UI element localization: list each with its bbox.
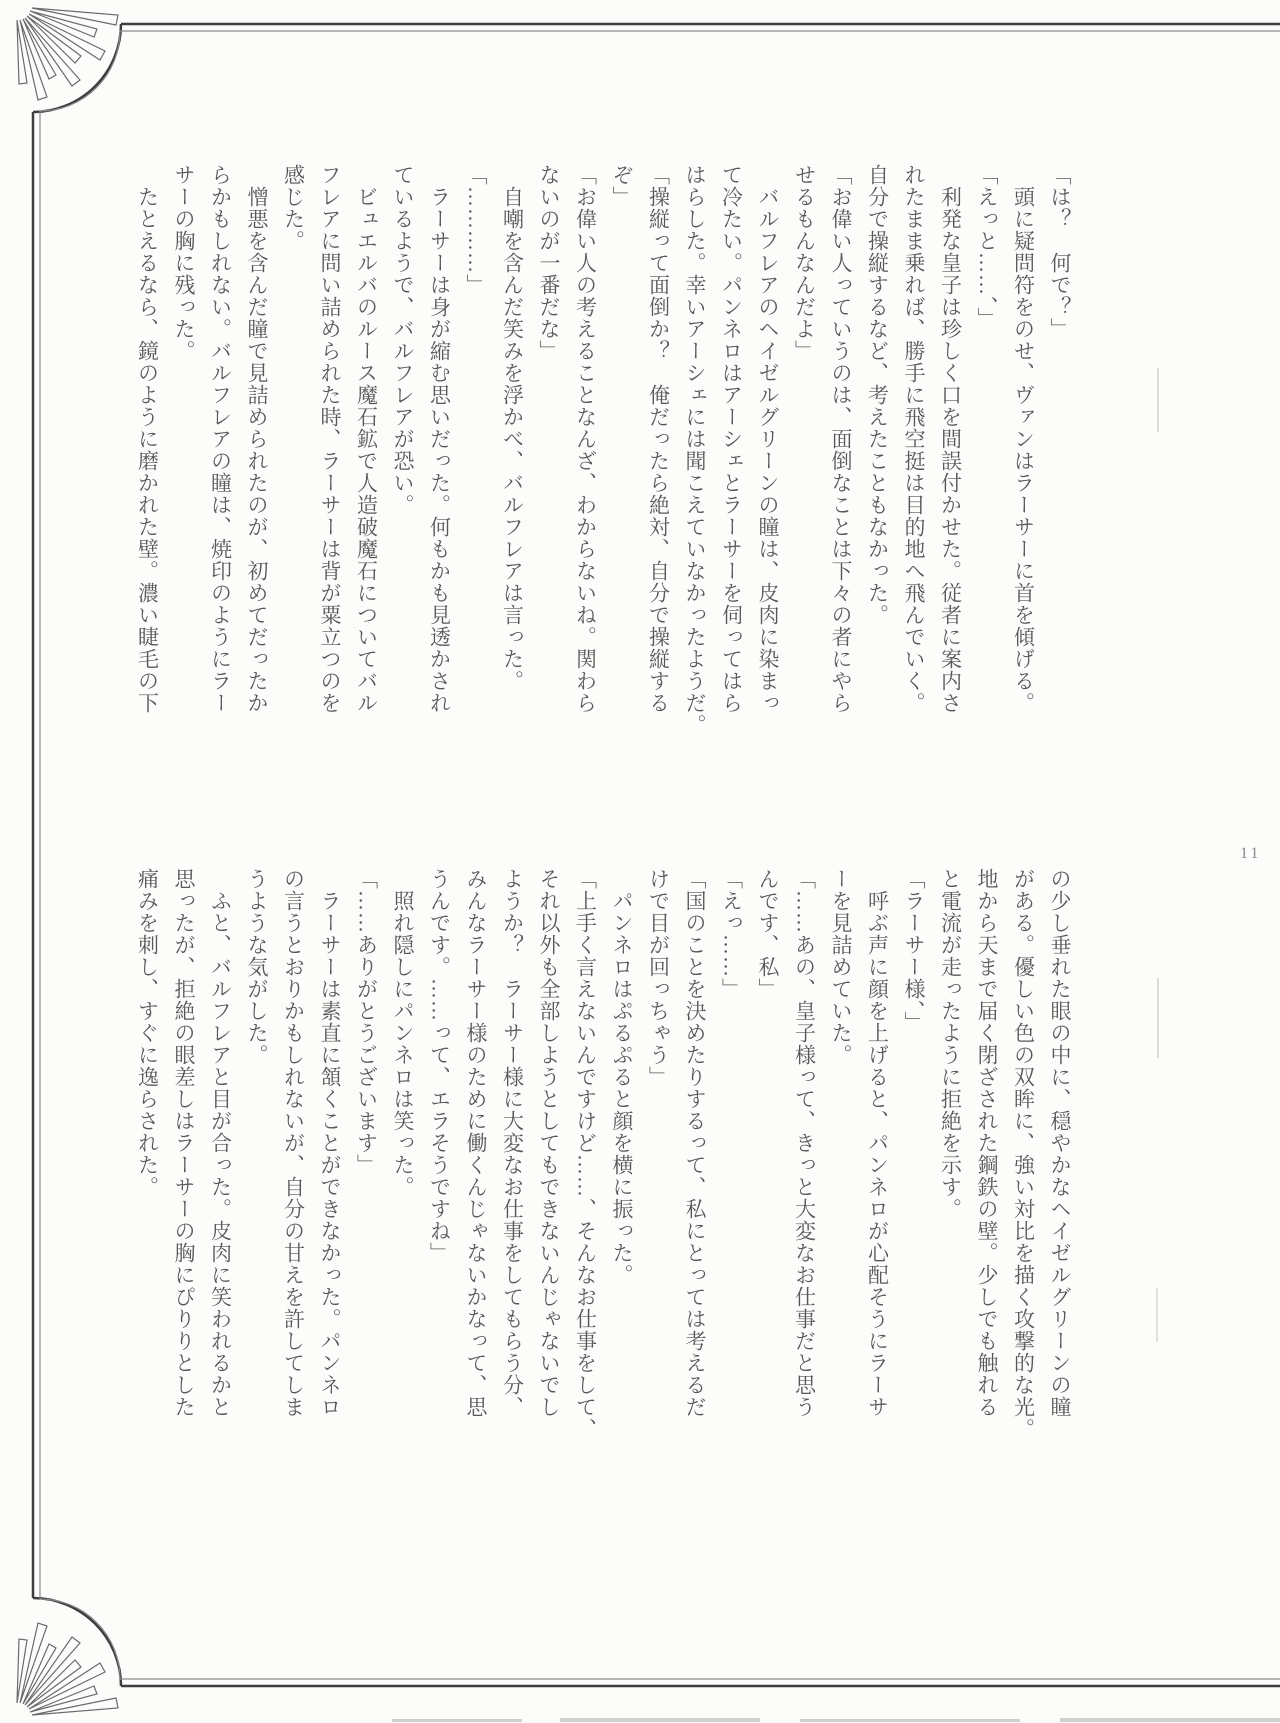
scanned-page: 「は？ 何で？」 頭に疑問符をのせ、ヴァンはラーサーに首を傾げる。 「えっと………: [0, 0, 1280, 1723]
corner-ornament-top-left: [17, 8, 121, 112]
upper-text-block: 「は？ 何で？」 頭に疑問符をのせ、ヴァンはラーサーに首を傾げる。 「えっと………: [129, 164, 1078, 764]
corner-ornament-bottom-left: [17, 1598, 121, 1715]
lower-text-block: の少し垂れた眼の中に、穏やかなヘイゼルグリーンの瞳 がある。優しい色の双眸に、強…: [129, 868, 1078, 1468]
page-number: 11: [1240, 845, 1261, 863]
